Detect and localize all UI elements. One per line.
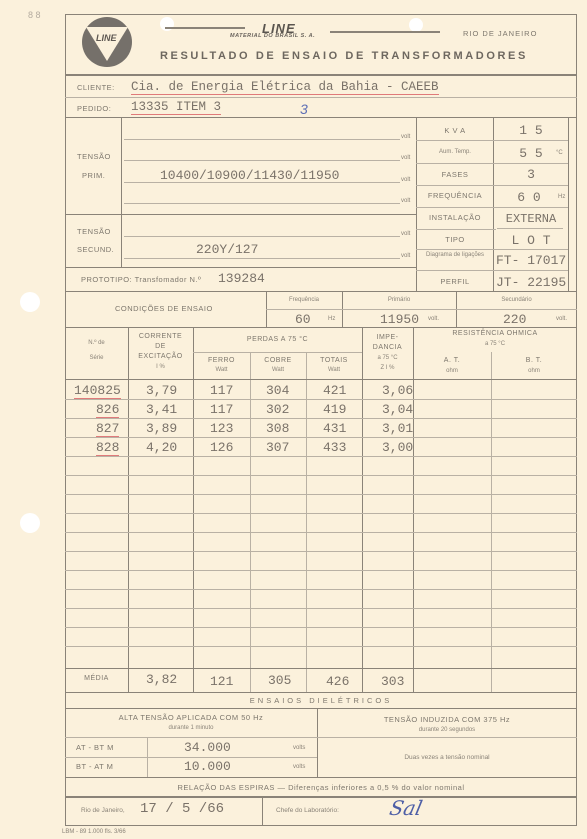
spec-value-type: L O T xyxy=(494,233,568,248)
cell-iron: 117 xyxy=(210,383,233,398)
divider xyxy=(568,117,569,292)
header-current: EXCITAÇÃO xyxy=(128,353,193,360)
row-rule xyxy=(65,551,577,552)
header-losses: PERDAS A 75 °C xyxy=(193,336,362,343)
place-label: Rio de Janeiro, xyxy=(81,807,125,814)
spec-label-profile: PERFIL xyxy=(418,277,492,286)
column-divider xyxy=(491,352,492,692)
induced-voltage-value: Duas vezes a tensão nominal xyxy=(317,754,577,761)
header-at: A. T. xyxy=(413,357,491,364)
primary-voltage-label: PRIM. xyxy=(82,171,105,180)
divider xyxy=(65,379,577,380)
header-resistance: a 75 °C xyxy=(413,341,577,347)
row-rule xyxy=(65,513,577,514)
divider xyxy=(65,117,577,118)
company-logo: LINE xyxy=(82,17,132,67)
cell-total: 419 xyxy=(323,402,346,417)
spec-label-temp-rise: Aum. Temp. xyxy=(418,149,492,155)
divider xyxy=(416,185,568,186)
cell-serial: 828 xyxy=(96,440,119,456)
spec-label-wiring-diagram: Diagrama de ligações xyxy=(418,252,492,259)
header-serial: N.º de xyxy=(65,340,128,346)
row-rule xyxy=(65,437,577,438)
spec-label-phases: FASES xyxy=(418,170,492,179)
column-divider xyxy=(128,327,129,692)
cell-impedance: 3,06 xyxy=(382,383,413,398)
volt-unit: volt xyxy=(401,177,410,183)
divider xyxy=(65,692,577,693)
cell-copper: 308 xyxy=(266,421,289,436)
divider xyxy=(65,214,416,215)
secondary-unit: volt. xyxy=(556,316,567,322)
header-impedance: a 75 °C xyxy=(362,355,413,361)
binder-hole xyxy=(20,513,40,533)
at-bt-label: AT - BT M xyxy=(76,743,114,752)
cell-impedance: 3,04 xyxy=(382,402,413,417)
divider xyxy=(193,352,362,353)
divider xyxy=(416,249,568,250)
brand-subtitle: MATERIAL DO BRASIL S. A. xyxy=(230,33,315,39)
order-value: 13335 ITEM 3 xyxy=(131,100,221,115)
brand-rule xyxy=(165,27,245,29)
secondary-value: 220 xyxy=(503,312,526,327)
column-divider xyxy=(193,327,194,692)
average-label: MÉDIA xyxy=(65,675,128,682)
divider xyxy=(65,757,317,758)
row-rule xyxy=(65,494,577,495)
logo-text: LINE xyxy=(96,33,117,43)
cell-iron: 117 xyxy=(210,402,233,417)
dielectric-title: ENSAIOS DIELÉTRICOS xyxy=(65,696,577,705)
primary-value: 11950 xyxy=(380,312,419,327)
spec-label-kva: K V A xyxy=(418,126,492,135)
secondary-voltage-value: 220Y/127 xyxy=(196,242,258,257)
divider xyxy=(65,74,577,76)
spec-unit-celsius: °C xyxy=(556,150,563,156)
cell-copper: 304 xyxy=(266,383,289,398)
row-rule xyxy=(65,608,577,609)
entry-line xyxy=(124,182,400,183)
volt-unit: volt xyxy=(401,155,410,161)
average-current: 3,82 xyxy=(146,672,177,687)
spec-value-phases: 3 xyxy=(494,167,568,182)
header-current: I % xyxy=(128,364,193,370)
entry-line xyxy=(497,228,563,229)
row-rule xyxy=(65,456,577,457)
spec-value-wiring-diagram: FT- 17017 xyxy=(496,253,566,268)
cell-total: 421 xyxy=(323,383,346,398)
lab-chief-label: Chefe do Laboratório: xyxy=(276,807,339,814)
cell-impedance: 3,01 xyxy=(382,421,413,436)
header-impedance: DANCIA xyxy=(362,344,413,351)
header-total: TOTAIS xyxy=(306,357,362,364)
header-resistance: RESISTÊNCIA OHMICA xyxy=(413,330,577,337)
divider xyxy=(262,796,263,826)
cell-iron: 123 xyxy=(210,421,233,436)
divider xyxy=(65,708,577,709)
cell-copper: 307 xyxy=(266,440,289,455)
row-rule xyxy=(65,627,577,628)
header-bt: B. T. xyxy=(491,357,577,364)
cell-serial: 826 xyxy=(96,402,119,418)
primary-voltage-value: 10400/10900/11430/11950 xyxy=(160,168,339,183)
entry-line xyxy=(124,236,400,237)
volt-unit: volt xyxy=(401,253,410,259)
header-impedance: IMPE- xyxy=(362,334,413,341)
cell-total: 431 xyxy=(323,421,346,436)
frequency-value: 60 xyxy=(295,312,311,327)
primary-voltage-label: TENSÃO xyxy=(77,152,111,161)
client-value: Cia. de Energia Elétrica da Bahia - CAEE… xyxy=(131,80,439,95)
divider xyxy=(416,163,568,164)
row-rule xyxy=(65,646,577,647)
spec-value-profile: JT- 22195 xyxy=(496,275,566,290)
header-current: DE xyxy=(128,343,193,350)
volt-unit: volt xyxy=(401,134,410,140)
volts-unit: volts xyxy=(293,764,305,770)
form-code: LBM - 89 1.000 fls. 3/66 xyxy=(62,829,126,835)
header-current: CORRENTE xyxy=(128,333,193,340)
spec-label-frequency: FREQUÊNCIA xyxy=(418,191,492,200)
cell-serial: 827 xyxy=(96,421,119,437)
cell-current: 3,89 xyxy=(146,421,177,436)
volt-unit: volt xyxy=(401,198,410,204)
volt-unit: volt xyxy=(401,231,410,237)
average-iron: 121 xyxy=(210,674,233,689)
city-label: RIO DE JANEIRO xyxy=(463,29,537,38)
bt-at-value: 10.000 xyxy=(184,759,231,774)
column-divider xyxy=(250,352,251,692)
cell-current: 3,79 xyxy=(146,383,177,398)
divider xyxy=(65,327,577,328)
divider xyxy=(266,309,577,310)
corner-marks: 8 8 xyxy=(28,10,41,20)
column-divider xyxy=(413,327,414,692)
header-copper-unit: Watt xyxy=(250,367,306,373)
applied-voltage-title: ALTA TENSÃO APLICADA COM 50 Hz xyxy=(65,713,317,722)
bt-at-label: BT - AT M xyxy=(76,762,113,771)
cell-total: 433 xyxy=(323,440,346,455)
frequency-label: Frequência xyxy=(266,297,342,303)
row-rule xyxy=(65,475,577,476)
spec-value-kva: 1 5 xyxy=(494,123,568,138)
divider xyxy=(65,737,577,738)
header-iron: FERRO xyxy=(193,357,250,364)
volts-unit: volts xyxy=(293,745,305,751)
header-total-unit: Watt xyxy=(306,367,362,373)
spec-label-installation: INSTALAÇÃO xyxy=(418,213,492,222)
order-label: PEDIDO: xyxy=(77,104,111,113)
entry-line xyxy=(124,160,400,161)
primary-label: Primário xyxy=(342,297,456,303)
spec-label-type: TIPO xyxy=(418,235,492,244)
secondary-voltage-label: TENSÃO xyxy=(77,227,111,236)
divider xyxy=(65,97,577,98)
induced-voltage-subtitle: durante 20 segundos xyxy=(317,727,577,733)
spec-value-installation: EXTERNA xyxy=(494,212,568,226)
row-rule xyxy=(65,399,577,400)
row-rule xyxy=(65,589,577,590)
spec-unit-hz: Hz xyxy=(558,194,565,200)
entry-line xyxy=(124,258,400,259)
cell-impedance: 3,00 xyxy=(382,440,413,455)
binder-hole xyxy=(20,292,40,312)
at-bt-value: 34.000 xyxy=(184,740,231,755)
entry-line xyxy=(124,139,400,140)
divider xyxy=(416,207,568,208)
header-impedance: Z I % xyxy=(362,365,413,371)
divider xyxy=(121,117,122,267)
divider xyxy=(65,777,577,778)
frequency-unit: Hz xyxy=(328,316,335,322)
spec-value-frequency: 6 0 xyxy=(494,190,564,205)
primary-unit: volt. xyxy=(428,316,439,322)
row-rule xyxy=(65,570,577,571)
applied-voltage-subtitle: durante 1 minuto xyxy=(65,725,317,731)
brand-rule xyxy=(330,31,440,33)
prototype-value: 139284 xyxy=(218,271,265,286)
entry-line xyxy=(124,203,400,204)
header-serial: Série xyxy=(65,355,128,361)
cell-copper: 302 xyxy=(266,402,289,417)
prototype-label: PROTOTIPO: Transfomador N.º xyxy=(81,275,201,284)
cell-iron: 126 xyxy=(210,440,233,455)
cell-current: 4,20 xyxy=(146,440,177,455)
divider xyxy=(65,796,577,798)
average-impedance: 303 xyxy=(381,674,404,689)
handwritten-mark: 3 xyxy=(300,101,308,117)
header-bt-unit: ohm xyxy=(491,368,577,374)
turns-ratio-note: RELAÇÃO DAS ESPIRAS — Diferenças inferio… xyxy=(65,783,577,792)
divider xyxy=(416,140,568,141)
secondary-voltage-label: SECUND. xyxy=(77,245,114,254)
secondary-label: Secundário xyxy=(456,297,577,303)
divider xyxy=(65,291,577,292)
header-at-unit: ohm xyxy=(413,368,491,374)
page-title: RESULTADO DE ENSAIO DE TRANSFORMADORES xyxy=(160,50,528,62)
divider xyxy=(65,668,577,669)
header-copper: COBRE xyxy=(250,357,306,364)
date-value: 17 / 5 /66 xyxy=(140,801,224,817)
divider xyxy=(416,229,496,230)
average-total: 426 xyxy=(326,674,349,689)
test-conditions-label: CONDIÇÕES DE ENSAIO xyxy=(115,304,213,313)
client-label: CLIENTE: xyxy=(77,83,115,92)
cell-current: 3,41 xyxy=(146,402,177,417)
cell-serial: 140825 xyxy=(74,383,121,399)
induced-voltage-title: TENSÃO INDUZIDA COM 375 Hz xyxy=(317,715,577,724)
header-iron-unit: Watt xyxy=(193,367,250,373)
divider xyxy=(416,270,568,271)
column-divider xyxy=(306,352,307,692)
divider xyxy=(416,117,417,292)
signature: Sal xyxy=(387,796,424,820)
column-divider xyxy=(362,327,363,692)
row-rule xyxy=(65,418,577,419)
average-copper: 305 xyxy=(268,673,291,688)
divider xyxy=(65,267,416,268)
row-rule xyxy=(65,532,577,533)
